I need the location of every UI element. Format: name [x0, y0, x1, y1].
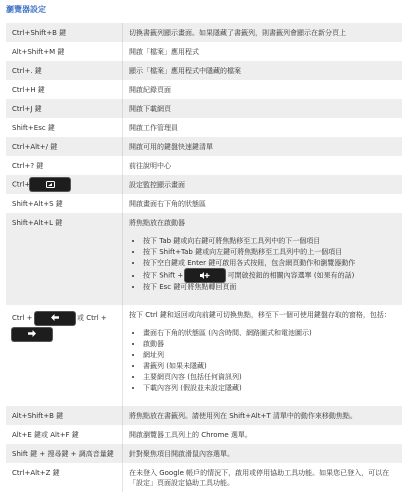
- shortcut-description: 開啟畫面右下角的狀態區: [123, 194, 403, 213]
- shortcut-key: Alt+Shift+M 鍵: [6, 42, 123, 61]
- shortcut-description: 顯示「檔案」應用程式中隱藏的檔案: [123, 61, 403, 80]
- shortcut-description: 在未登入 Google 帳戶的情況下，啟用或停用協助工具功能。如果您已登入，可以…: [123, 463, 403, 492]
- shortcut-key: Ctrl+. 鍵: [6, 61, 123, 80]
- shortcut-key: Shift+Alt+S 鍵: [6, 194, 123, 213]
- table-row: Ctrl+. 鍵 顯示「檔案」應用程式中隱藏的檔案: [6, 61, 402, 80]
- table-row: Ctrl + 或 Ctrl + 按下 Ctrl 鍵和返回或向前鍵可切換焦點，移至…: [6, 305, 402, 406]
- shortcut-description: 針對聚焦項目開啟滑鼠內容選單。: [123, 444, 403, 463]
- shortcut-description: 按下 Ctrl 鍵和返回或向前鍵可切換焦點，移至下一個可使用鍵盤存取的窗格，包括…: [123, 305, 403, 406]
- table-row: Ctrl+Alt+Z 鍵 在未登入 Google 帳戶的情況下，啟用或停用協助工…: [6, 463, 402, 492]
- shortcut-key: Shift+Esc 鍵: [6, 118, 123, 137]
- bullet-list: 按下 Tab 鍵或向右鍵可將焦點移至工具列中的下一個項目 按下 Shift+Ta…: [129, 236, 396, 293]
- table-row: Ctrl+Alt+/ 鍵 開啟可用的鍵盤快速鍵清單: [6, 137, 402, 156]
- shortcut-key: Alt+Shift+B 鍵: [6, 406, 123, 425]
- shortcut-key: Ctrl+H 鍵: [6, 80, 123, 99]
- display-mode-key-icon: [30, 178, 70, 191]
- shortcut-description: 開啟工作管理員: [123, 118, 403, 137]
- shortcut-description: 開啟紀錄頁面: [123, 80, 403, 99]
- shortcut-description: 切換書籤列顯示畫面。如果隱藏了書籤列，則書籤列會顯示在新分頁上: [123, 23, 403, 42]
- section-title: 瀏覽器設定: [6, 4, 46, 15]
- list-item: 下載內容列 (假設並未設定隱藏): [143, 383, 396, 394]
- description-text: 按下 Ctrl 鍵和返回或向前鍵可切換焦點，移至下一個可使用鍵盤存取的窗格，包括…: [129, 310, 396, 320]
- table-row: Ctrl+H 鍵 開啟紀錄頁面: [6, 80, 402, 99]
- description-text: 將焦點放在啟動器: [129, 218, 396, 228]
- key-prefix: Ctrl+: [12, 181, 30, 189]
- list-item: 按下 Tab 鍵或向右鍵可將焦點移至工具列中的下一個項目: [143, 236, 396, 247]
- table-row: Ctrl+J 鍵 開啟下載網頁: [6, 99, 402, 118]
- table-row: Shift+Alt+S 鍵 開啟畫面右下角的狀態區: [6, 194, 402, 213]
- shortcut-description: 將焦點放在啟動器 按下 Tab 鍵或向右鍵可將焦點移至工具列中的下一個項目 按下…: [123, 213, 403, 305]
- shortcut-key: Ctrl + 或 Ctrl +: [6, 305, 123, 406]
- shortcut-key: Ctrl+J 鍵: [6, 99, 123, 118]
- shortcut-description: 開啟「檔案」應用程式: [123, 42, 403, 61]
- shortcut-key: Ctrl+: [6, 175, 123, 194]
- table-row: Shift+Esc 鍵 開啟工作管理員: [6, 118, 402, 137]
- shortcut-key: Shift 鍵 + 搜尋鍵 + 調高音量鍵: [6, 444, 123, 463]
- list-item: 網址列: [143, 350, 396, 361]
- table-row: Shift 鍵 + 搜尋鍵 + 調高音量鍵 針對聚焦項目開啟滑鼠內容選單。: [6, 444, 402, 463]
- table-row: Shift+Alt+L 鍵 將焦點放在啟動器 按下 Tab 鍵或向右鍵可將焦點移…: [6, 213, 402, 305]
- shortcut-description: 開啟瀏覽器工具列上的 Chrome 選單。: [123, 425, 403, 444]
- shortcut-key: Shift+Alt+L 鍵: [6, 213, 123, 305]
- list-item: 按下 Esc 鍵可將焦點轉回頁面: [143, 282, 396, 293]
- volume-up-key-icon: [185, 269, 225, 282]
- table-row: Ctrl+ 設定監控顯示畫面: [6, 175, 402, 194]
- shortcut-description: 將焦點放在書籤列。請使用列在 Shift+Alt+T 清單中的動作來移動焦點。: [123, 406, 403, 425]
- shortcut-key: Ctrl+Shift+B 鍵: [6, 23, 123, 42]
- list-item: 書籤列 (如果未隱藏): [143, 361, 396, 372]
- list-item: 按下空白鍵或 Enter 鍵可啟用各式按鈕，包含網頁動作和瀏覽器動作: [143, 258, 396, 269]
- table-row: Ctrl+? 鍵 前往說明中心: [6, 156, 402, 175]
- shortcut-key: Ctrl+? 鍵: [6, 156, 123, 175]
- shortcut-key: Alt+E 鍵或 Alt+F 鍵: [6, 425, 123, 444]
- shortcuts-table: Ctrl+Shift+B 鍵 切換書籤列顯示畫面。如果隱藏了書籤列，則書籤列會顯…: [6, 23, 402, 492]
- bullet-list: 畫面右下角的狀態區 (內含時間、網路圖式和電池圖示) 啟動器 網址列 書籤列 (…: [129, 328, 396, 394]
- shortcut-key: Ctrl+Alt+/ 鍵: [6, 137, 123, 156]
- table-row: Alt+Shift+M 鍵 開啟「檔案」應用程式: [6, 42, 402, 61]
- list-item: 按下 Shift + 可開啟按鈕的相關內容選單 (如果有的話): [143, 269, 396, 282]
- table-row: Ctrl+Shift+B 鍵 切換書籤列顯示畫面。如果隱藏了書籤列，則書籤列會顯…: [6, 23, 402, 42]
- table-row: Alt+Shift+B 鍵 將焦點放在書籤列。請使用列在 Shift+Alt+T…: [6, 406, 402, 425]
- back-arrow-key-icon: [35, 312, 75, 325]
- table-row: Alt+E 鍵或 Alt+F 鍵 開啟瀏覽器工具列上的 Chrome 選單。: [6, 425, 402, 444]
- shortcut-description: 設定監控顯示畫面: [123, 175, 403, 194]
- list-item: 主要網頁內容 (包括任何資訊列): [143, 372, 396, 383]
- shortcut-description: 開啟可用的鍵盤快速鍵清單: [123, 137, 403, 156]
- list-item: 啟動器: [143, 339, 396, 350]
- shortcut-description: 開啟下載網頁: [123, 99, 403, 118]
- shortcut-description: 前往說明中心: [123, 156, 403, 175]
- list-item: 按下 Shift+Tab 鍵或向左鍵可將焦點移至工具列中的上一個項目: [143, 247, 396, 258]
- shortcut-key: Ctrl+Alt+Z 鍵: [6, 463, 123, 492]
- forward-arrow-key-icon: [12, 328, 52, 341]
- list-item: 畫面右下角的狀態區 (內含時間、網路圖式和電池圖示): [143, 328, 396, 339]
